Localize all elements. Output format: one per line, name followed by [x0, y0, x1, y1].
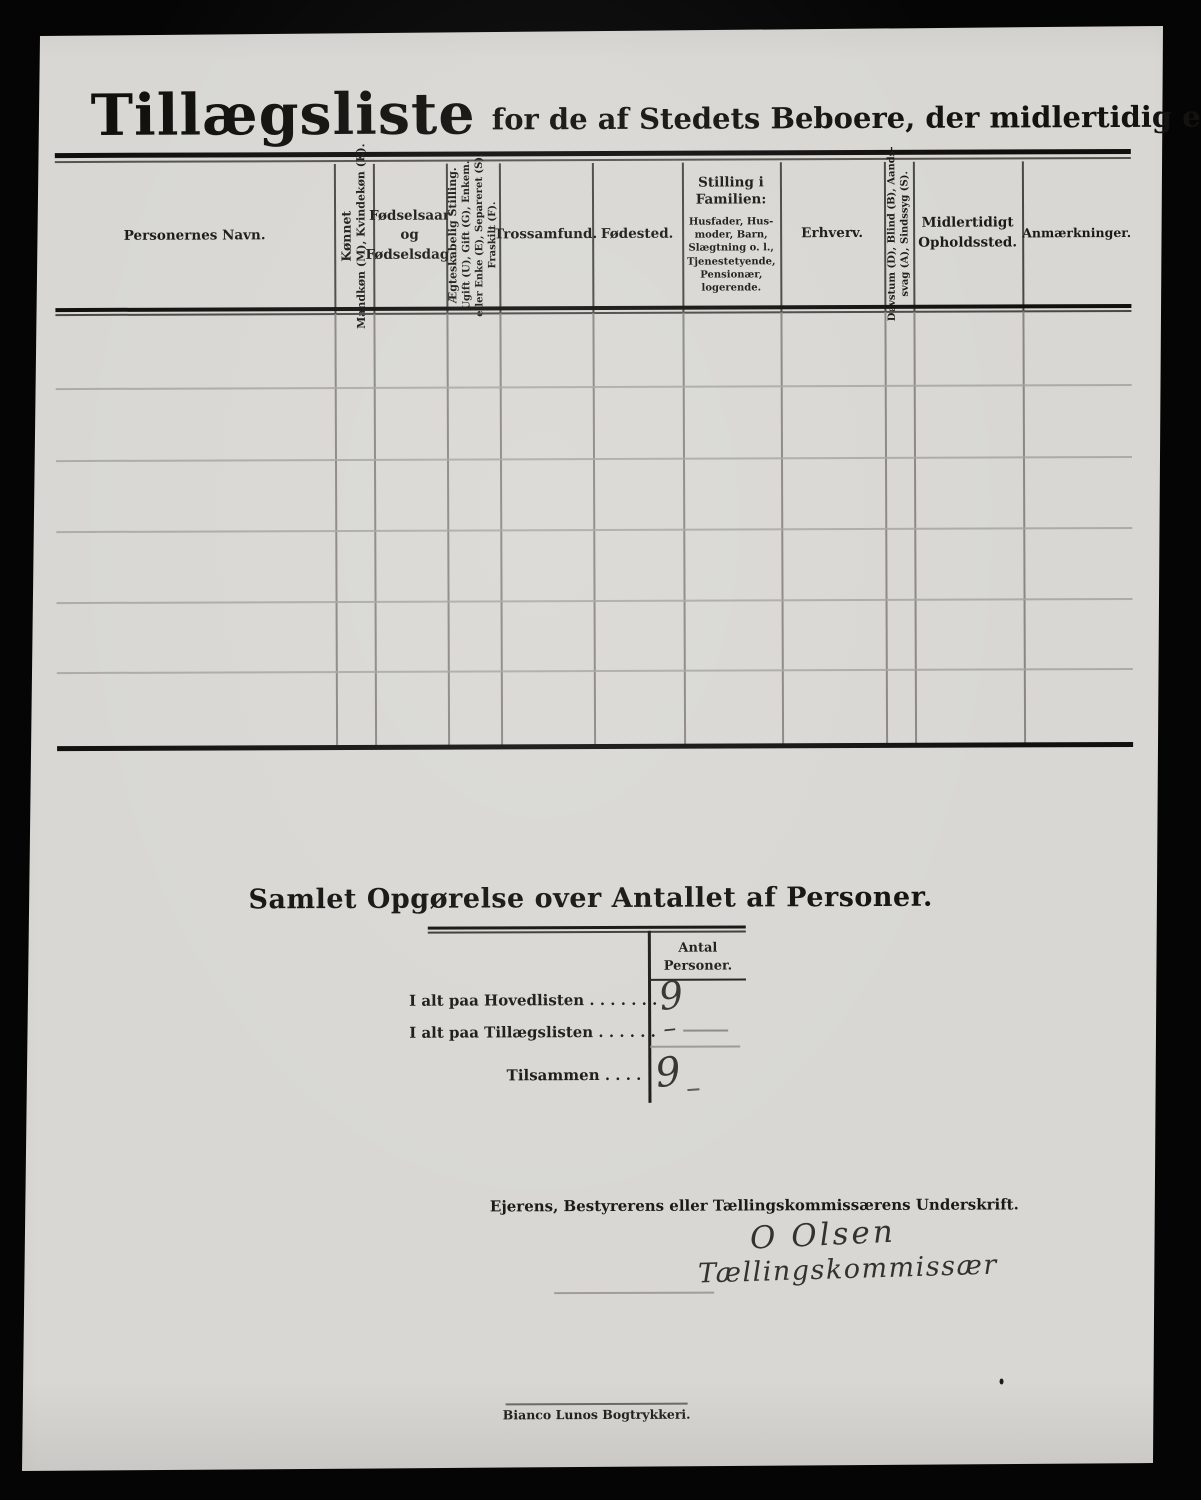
- summary-faint-line: [650, 1045, 740, 1047]
- header-anmaerkninger: Anmærkninger.: [1022, 161, 1132, 305]
- page-subtitle: for de af Stedets Beboere, der midlertid…: [492, 99, 1201, 137]
- summary-label-tillaegslisten: I alt paa Tillægslisten . . . . . .: [409, 1023, 641, 1042]
- header-aegteskabelig-stilling: Ægteskabelig Stilling. Ugift (U), Gift (…: [446, 163, 500, 307]
- handwritten-tilsammen-count: 9: [653, 1048, 684, 1097]
- handwritten-dash-stroke: [683, 1030, 728, 1032]
- printer-rule: [506, 1403, 688, 1405]
- header-erhverv: Erhverv.: [780, 162, 885, 306]
- page-content: Tillægsliste for de af Stedets Beboere, …: [0, 0, 1201, 1500]
- summary-label-tilsammen: Tilsammen . . . .: [409, 1066, 641, 1085]
- summary-rule-thin: [428, 930, 746, 933]
- summary-label-hovedlisten: I alt paa Hovedlisten . . . . . . .: [409, 991, 641, 1010]
- table-bottom-rule: [57, 742, 1133, 751]
- handwritten-tillaegslisten-count: –: [662, 1013, 678, 1044]
- header-trossamfund: Trossamfund.: [499, 163, 593, 307]
- scan-speck: [1000, 1378, 1004, 1384]
- printer-imprint: Bianco Lunos Bogtrykkeri.: [421, 1406, 773, 1422]
- summary-rule-thick: [428, 925, 746, 929]
- handwritten-underscore: [687, 1088, 699, 1091]
- header-foedselsaar: Fødselsaar og Fødselsdag.: [373, 164, 447, 308]
- header-doevstum: Døvstum (D), Blind (B), Aands- svag (A),…: [884, 162, 914, 306]
- page-title: Tillægsliste: [91, 80, 476, 148]
- header-stilling-i-familien: Stilling i Familien: Husfader, Hus- mode…: [682, 162, 781, 306]
- signature-name: O Olsen: [749, 1214, 896, 1257]
- header-foedested: Fødested.: [592, 163, 683, 307]
- header-personernes-navn: Personernes Navn.: [55, 164, 335, 309]
- header-midlertidigt-opholdssted: Midlertidigt Opholdssted.: [913, 161, 1023, 305]
- summary-col-header: Antal Personer.: [650, 939, 746, 976]
- header-koennet: Kønnet Mandkøn (M), Kvindekøn (K).: [334, 164, 374, 308]
- signature-faint-line: [554, 1292, 714, 1294]
- summary-title: Samlet Opgørelse over Antallet af Person…: [241, 882, 941, 916]
- signature-caption: Ejerens, Bestyrerens eller Tællingskommi…: [490, 1196, 990, 1216]
- signature-role: Tællingskommissær: [698, 1250, 998, 1290]
- subtitle-text: for de af Stedets Beboere, der midlertid…: [492, 100, 1201, 137]
- scan-background: Tillægsliste for de af Stedets Beboere, …: [0, 0, 1201, 1500]
